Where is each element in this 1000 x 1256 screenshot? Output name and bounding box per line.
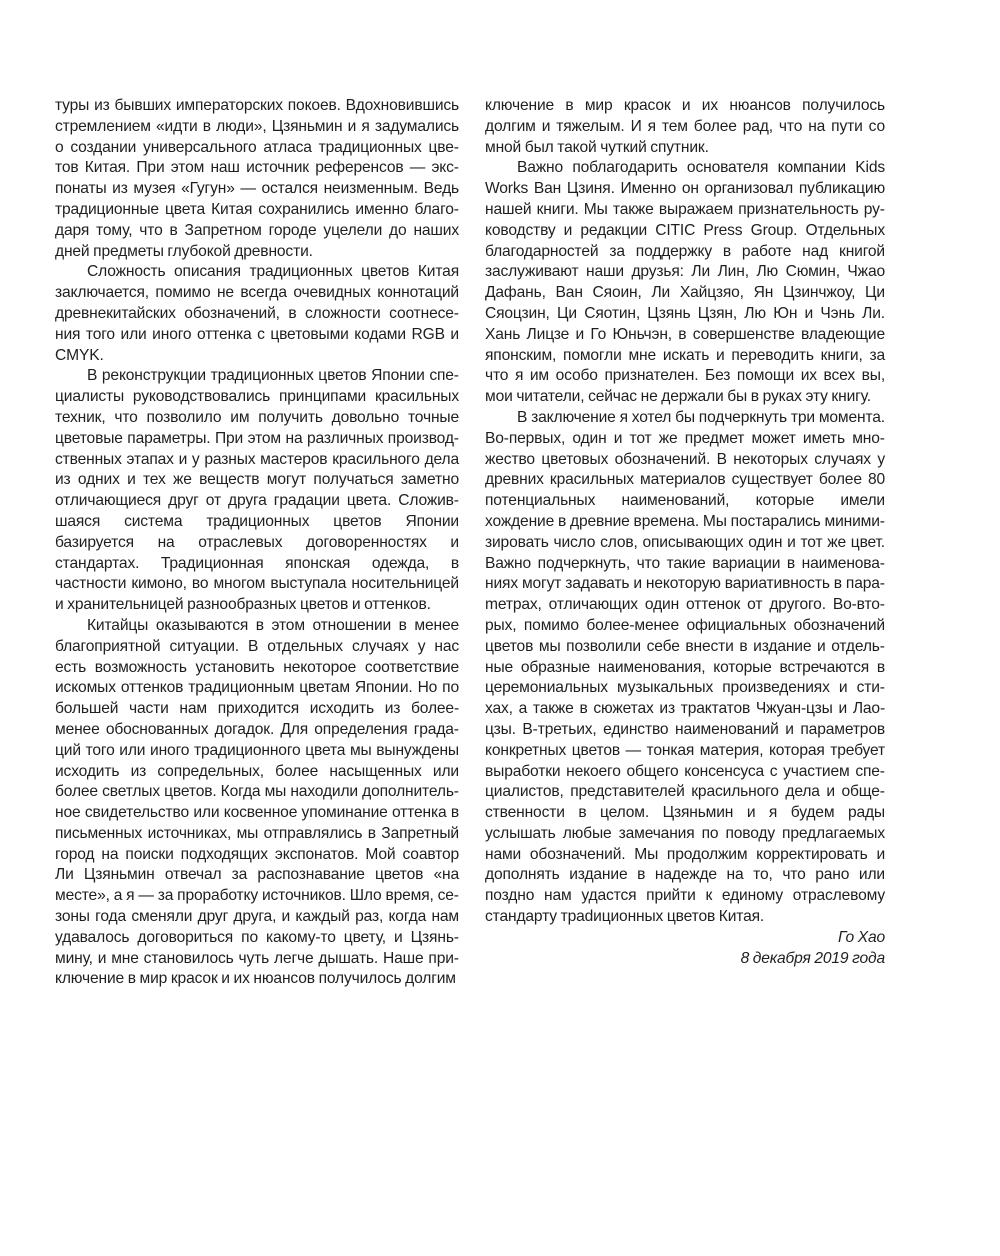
right-column: ключение в мир красок и их нюансов получ… xyxy=(485,96,885,990)
paragraph-japanese-colors: В реконструкции традиционных цветов Япон… xyxy=(55,366,459,616)
signature-date: 8 декабря 2019 года xyxy=(485,949,885,970)
paragraph-conclusion: В заключение я хотел бы подчеркнуть три … xyxy=(485,408,885,928)
paragraph-acknowledgements: Важно поблагодарить основателя компании … xyxy=(485,158,885,408)
book-page: туры из бывших императорских покоев. Вдо… xyxy=(55,96,885,990)
signature-author: Го Хао xyxy=(485,928,885,949)
paragraph-complexity-of-description: Сложность описания традиционных цветов К… xyxy=(55,262,459,366)
paragraph-chinese-situation: Китайцы оказываются в этом отношении в м… xyxy=(55,616,459,990)
paragraph-continued-from-previous-page: туры из бывших императорских покоев. Вдо… xyxy=(55,96,459,262)
paragraph-continued-adventure: ключение в мир красок и их нюансов получ… xyxy=(485,96,885,158)
left-column: туры из бывших императорских покоев. Вдо… xyxy=(55,96,459,990)
